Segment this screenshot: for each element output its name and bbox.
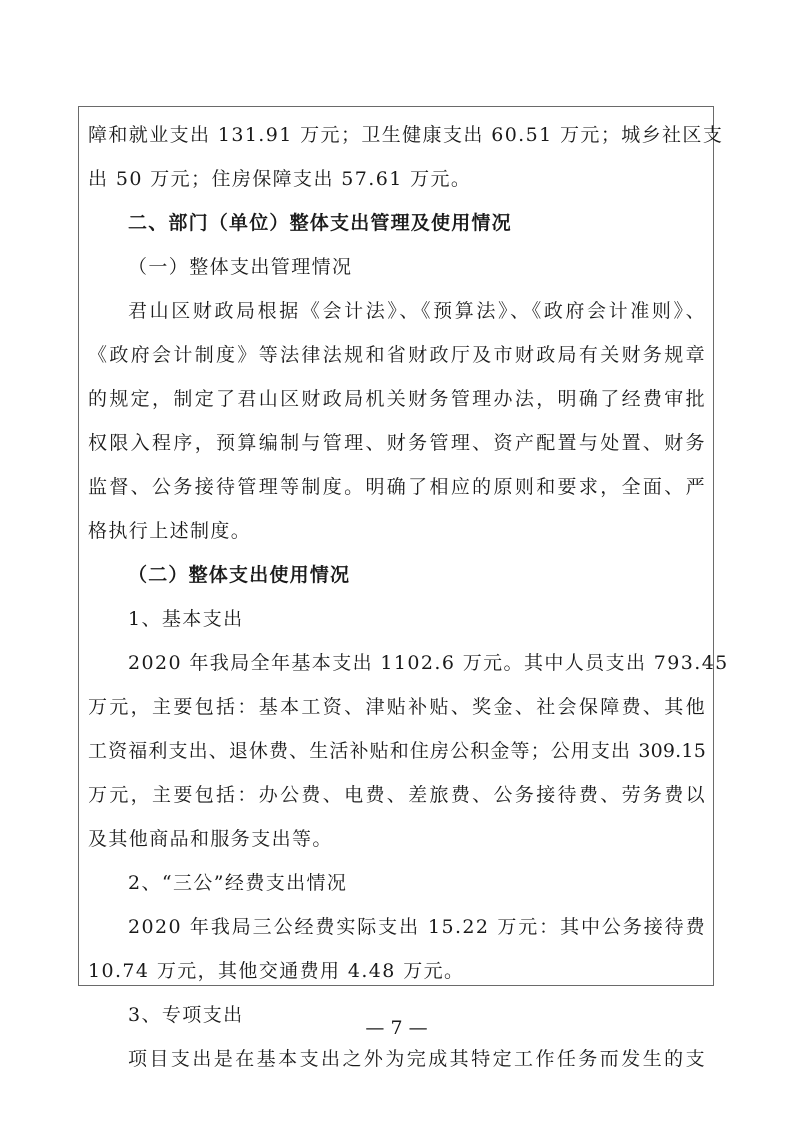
body-line: 工资福利支出、退休费、生活补贴和住房公积金等；公用支出 309.15 <box>88 736 706 766</box>
body-line: 监督、公务接待管理等制度。明确了相应的原则和要求，全面、严 <box>88 472 706 502</box>
body-line: 障和就业支出 131.91 万元；卫生健康支出 60.51 万元；城乡社区支 <box>88 120 706 150</box>
body-line: 出 50 万元；住房保障支出 57.61 万元。 <box>88 164 706 194</box>
section-heading: 二、部门（单位）整体支出管理及使用情况 <box>128 208 706 238</box>
body-line: 格执行上述制度。 <box>88 516 706 546</box>
paragraph-first-line: 君山区财政局根据《会计法》、《预算法》、《政府会计准则》、 <box>128 296 706 326</box>
subsection-heading: （一）整体支出管理情况 <box>128 252 706 282</box>
body-line: 《政府会计制度》等法律法规和省财政厅及市财政局有关财务规章 <box>88 340 706 370</box>
content-frame <box>78 106 714 986</box>
body-line: 万元，主要包括：办公费、电费、差旅费、公务接待费、劳务费以 <box>88 780 706 810</box>
page-number: — 7 — <box>0 1013 793 1043</box>
body-line: 万元，主要包括：基本工资、津贴补贴、奖金、社会保障费、其他 <box>88 692 706 722</box>
body-line: 10.74 万元，其他交通费用 4.48 万元。 <box>88 956 706 986</box>
subsection-heading: （二）整体支出使用情况 <box>128 560 706 590</box>
body-line: 权限入程序，预算编制与管理、财务管理、资产配置与处置、财务 <box>88 428 706 458</box>
body-line: 的规定，制定了君山区财政局机关财务管理办法，明确了经费审批 <box>88 384 706 414</box>
body-line: 及其他商品和服务支出等。 <box>88 824 706 854</box>
item-heading: 2、“三公”经费支出情况 <box>128 868 706 898</box>
paragraph-first-line: 2020 年我局全年基本支出 1102.6 万元。其中人员支出 793.45 <box>128 648 706 678</box>
item-heading: 1、基本支出 <box>128 604 706 634</box>
paragraph-first-line: 项目支出是在基本支出之外为完成其特定工作任务而发生的支 <box>128 1044 706 1074</box>
paragraph-first-line: 2020 年我局三公经费实际支出 15.22 万元：其中公务接待费 <box>128 912 706 942</box>
